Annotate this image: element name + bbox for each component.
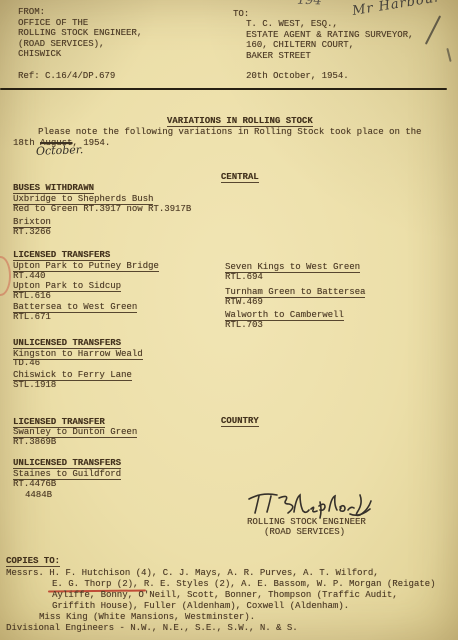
horizontal-divider (0, 88, 447, 90)
handwritten-correction: October. (36, 145, 84, 157)
intro-line-1: Please note the following variations in … (38, 127, 421, 137)
recipient-address-1: 160, CHILTERN COURT, (246, 40, 354, 50)
from-label: FROM: (18, 7, 45, 17)
ink-name-annotation: Mr Harbour (352, 0, 442, 17)
buses-withdrawn-heading: BUSES WITHDRAWN (13, 183, 94, 194)
copies-line-rest: R. E. Styles (2), A. E. Bassom, W. P. Mo… (138, 579, 435, 589)
copies-line: Messrs. H. F. Hutchison (4), C. J. Mays,… (6, 568, 379, 578)
from-services-line: (ROAD SERVICES), (18, 39, 104, 49)
copies-line: Griffith House), Fuller (Aldenham), Coxw… (52, 601, 349, 611)
fleet-number: RT.3266 (13, 227, 51, 237)
licensed-transfers-heading: LICENSED TRANSFERS (13, 250, 110, 261)
from-location-line: CHISWICK (18, 49, 61, 59)
copies-line: Miss King (White Mansions, Westminster). (39, 612, 255, 622)
copies-line: E. G. Thorp (2), R. E. Styles (2), A. E.… (52, 579, 435, 589)
from-office-line: OFFICE OF THE (18, 18, 88, 28)
fleet-number: STL.1918 (13, 380, 56, 390)
signature-scrawl (246, 489, 374, 519)
unlicensed-transfers-heading: UNLICENSED TRANSFERS (13, 338, 121, 349)
fleet-number: 4484B (25, 490, 52, 500)
fleet-number: RTL.616 (13, 291, 51, 301)
recipient-title: ESTATE AGENT & RATING SURVEYOR, (246, 30, 413, 40)
red-underlined-name: E. G. Thorp (2), (52, 579, 138, 589)
letter-date: 20th October, 1954. (246, 71, 349, 81)
fleet-number: RTL.671 (13, 312, 51, 322)
fleet-number: RT.3869B (13, 437, 56, 447)
fleet-number: RTL.703 (225, 320, 263, 330)
fleet-number: TD.46 (13, 358, 40, 368)
fleet-number: RT.440 (13, 271, 45, 281)
document-title-text: VARIATIONS IN ROLLING STOCK (167, 116, 313, 127)
to-label: TO: (233, 9, 249, 19)
country-unlicensed-heading: UNLICENSED TRANSFERS (13, 458, 121, 469)
from-engineer-line: ROLLING STOCK ENGINEER, (18, 28, 142, 38)
fleet-number: RTL.694 (225, 272, 263, 282)
recipient-address-2: BAKER STREET (246, 51, 311, 61)
signatory-title-line1: ROLLING STOCK ENGINEER (247, 517, 366, 527)
pen-stroke-mark (425, 15, 441, 44)
signatory-title-line2: (ROAD SERVICES) (264, 527, 345, 537)
copies-line: Divisional Engineers - N.W., N.E., S.E.,… (6, 623, 298, 633)
section-heading-country-text: COUNTRY (221, 416, 259, 427)
copies-line: Ayliffe, Bonny, O'Neill, Scott, Bonner, … (52, 590, 398, 600)
scanned-letter-page: 194 Mr Harbour FROM: OFFICE OF THE ROLLI… (0, 0, 458, 640)
copies-to-heading: COPIES TO: (6, 556, 60, 567)
pencil-number-annotation: 194 (297, 0, 322, 6)
fleet-number: RTW.469 (225, 297, 263, 307)
recipient-name: T. C. WEST, ESQ., (246, 19, 338, 29)
section-heading-central-text: CENTRAL (221, 172, 259, 183)
reference-number: Ref: C.16/4/DP.679 (18, 71, 115, 81)
route-detail: Red to Green RT.3917 now RT.3917B (13, 204, 191, 214)
red-ink-edge-mark (0, 256, 11, 296)
pen-flick-mark (446, 48, 451, 62)
fleet-number: RT.4476B (13, 479, 56, 489)
